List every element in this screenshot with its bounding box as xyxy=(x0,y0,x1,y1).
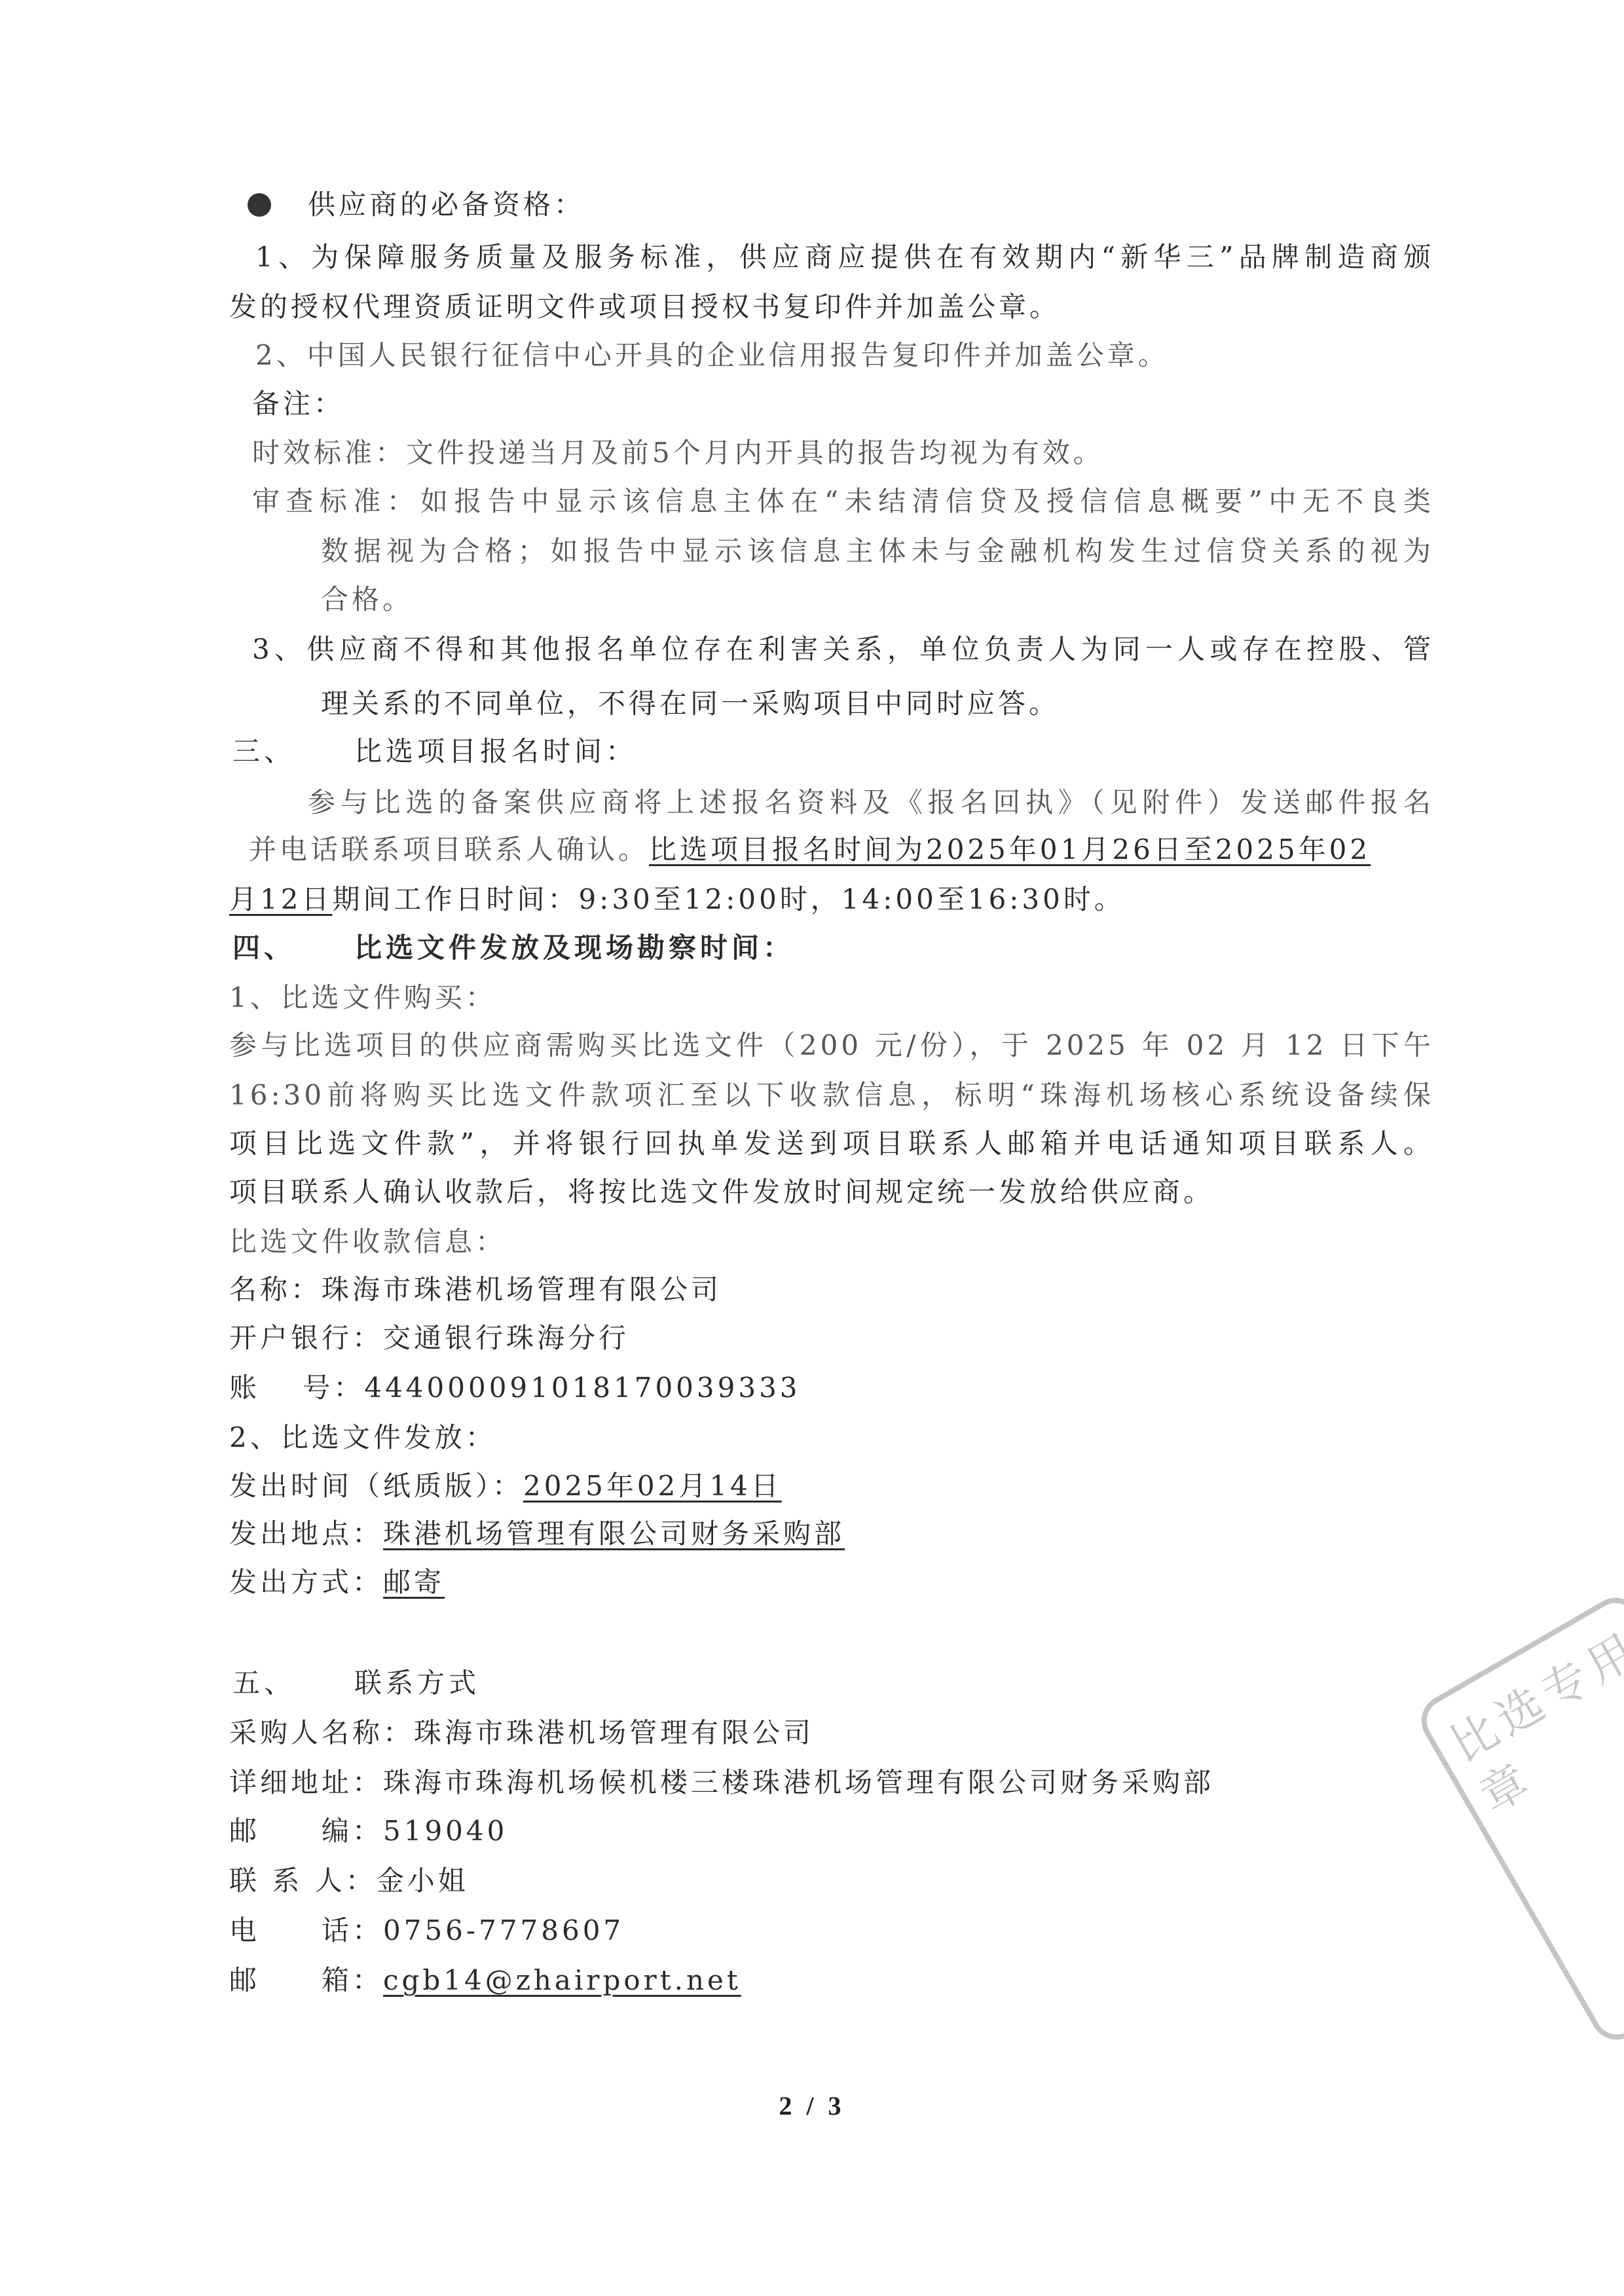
email-row: 邮 箱：cgb14@zhairport.net xyxy=(229,1963,741,1997)
phone-label: 电 话： xyxy=(229,1914,383,1946)
section3-title: 比选项目报名时间： xyxy=(354,735,637,767)
qualification-item3-line2: 理关系的不同单位，不得在同一采购项目中同时应答。 xyxy=(321,687,1060,721)
payee-name-label: 名称： xyxy=(229,1273,322,1305)
qualification-item2: 2、中国人民银行征信中心开具的企业信用报告复印件并加盖公章。 xyxy=(255,338,1169,373)
issue-time-label: 发出时间（纸质版）： xyxy=(229,1470,523,1502)
note-review-line2: 数据视为合格；如报告中显示该信息主体未与金融机构发生过信贷关系的视为 xyxy=(321,534,1434,568)
section5-title: 联系方式 xyxy=(354,1667,480,1699)
buyer-row: 采购人名称：珠海市珠港机场管理有限公司 xyxy=(229,1716,814,1750)
issue-method: 邮寄 xyxy=(383,1566,445,1598)
contact-person: 金小姐 xyxy=(377,1865,469,1897)
payee-name-row: 名称：珠海市珠港机场管理有限公司 xyxy=(229,1273,722,1307)
sub2-title: 2、比选文件发放： xyxy=(229,1421,496,1455)
issue-time-row: 发出时间（纸质版）：2025年02月14日 xyxy=(229,1469,782,1503)
sub1-line1: 参与比选项目的供应商需购买比选文件（200 元/份），于 2025 年 02 月… xyxy=(229,1029,1434,1063)
section3-para-line3: 月12日期间工作日时间：9:30至12:00时，14:00至16:30时。 xyxy=(229,883,1125,917)
postcode: 519040 xyxy=(383,1815,507,1847)
qualification-item3-line1: 3、供应商不得和其他报名单位存在利害关系，单位负责人为同一人或存在控股、管 xyxy=(252,632,1434,666)
section4-number: 四、 xyxy=(232,932,295,964)
note-review-line1: 审查标准：如报告中显示该信息主体在“未结清信贷及授信信息概要”中无不良类 xyxy=(252,484,1434,519)
bank-name: 交通银行珠海分行 xyxy=(383,1322,629,1354)
section4-heading: 四、比选文件发放及现场勘察时间： xyxy=(232,931,794,965)
section3-number: 三、 xyxy=(232,735,295,767)
section5-heading: 五、联系方式 xyxy=(232,1666,480,1700)
section3-para-line1: 参与比选的备案供应商将上述报名资料及《报名回执》（见附件）发送邮件报名 xyxy=(308,786,1434,820)
issue-method-label: 发出方式： xyxy=(229,1566,383,1598)
payee-name: 珠海市珠港机场管理有限公司 xyxy=(322,1273,722,1305)
bank-row: 开户银行：交通银行珠海分行 xyxy=(229,1321,629,1355)
email-label: 邮 箱： xyxy=(229,1964,383,1996)
section5-number: 五、 xyxy=(232,1667,295,1699)
sub1-line2: 16:30前将购买比选文件款项汇至以下收款信息，标明“珠海机场核心系统设备续保 xyxy=(229,1078,1434,1112)
note-review-line3: 合格。 xyxy=(321,583,413,617)
payment-info-label: 比选文件收款信息： xyxy=(229,1225,506,1259)
qualification-item1-line2: 发的授权代理资质证明文件或项目授权书复印件并加盖公章。 xyxy=(229,290,1060,324)
qualification-item1-line1: 1、为保障服务质量及服务标准，供应商应提供在有效期内“新华三”品牌制造商颁 xyxy=(255,240,1434,274)
address-row: 详细地址：珠海市珠海机场候机楼三楼珠港机场管理有限公司财务采购部 xyxy=(229,1766,1214,1800)
stamp-text: 比选专用章 xyxy=(1441,1621,1624,1823)
section4-title: 比选文件发放及现场勘察时间： xyxy=(354,932,794,964)
seal-stamp: 比选专用章 xyxy=(1412,1588,1624,2049)
issue-place-row: 发出地点：珠港机场管理有限公司财务采购部 xyxy=(229,1517,845,1551)
account-number: 444000091018170039333 xyxy=(364,1372,800,1404)
issue-method-row: 发出方式：邮寄 xyxy=(229,1565,445,1599)
address-label: 详细地址： xyxy=(229,1766,383,1798)
contact-label: 联 系 人： xyxy=(229,1865,377,1897)
address: 珠海市珠海机场候机楼三楼珠港机场管理有限公司财务采购部 xyxy=(383,1766,1214,1798)
bank-label: 开户银行： xyxy=(229,1322,383,1354)
account-label: 账 号： xyxy=(229,1372,364,1404)
page-number: 2 / 3 xyxy=(0,2090,1624,2121)
issue-place-label: 发出地点： xyxy=(229,1518,383,1550)
qualification-heading: 供应商的必备资格： xyxy=(308,188,585,222)
bullet-icon xyxy=(248,193,271,217)
note-label: 备注： xyxy=(252,387,344,421)
email-link[interactable]: cgb14@zhairport.net xyxy=(383,1964,741,1996)
note-time-standard: 时效标准：文件投递当月及前5个月内开具的报告均视为有效。 xyxy=(252,436,1104,470)
issue-time: 2025年02月14日 xyxy=(523,1470,782,1502)
buyer-name: 珠海市珠港机场管理有限公司 xyxy=(414,1717,814,1749)
section3-heading: 三、比选项目报名时间： xyxy=(232,735,637,769)
section3-para-line2-plain: 并电话联系项目联系人确认。 xyxy=(249,833,649,866)
account-row: 账 号：444000091018170039333 xyxy=(229,1371,801,1405)
registration-period: 比选项目报名时间为2025年01月26日至2025年02 xyxy=(649,833,1371,866)
postcode-label: 邮 编： xyxy=(229,1815,383,1847)
sub1-line3: 项目比选文件款”，并将银行回执单发送到项目联系人邮箱并电话通知项目联系人。 xyxy=(229,1127,1434,1161)
sub1-line4: 项目联系人确认收款后，将按比选文件发放时间规定统一发放给供应商。 xyxy=(229,1175,1214,1209)
section3-para-line2: 并电话联系项目联系人确认。比选项目报名时间为2025年01月26日至2025年0… xyxy=(249,833,1371,867)
phone-row: 电 话：0756-7778607 xyxy=(229,1914,624,1948)
phone-number: 0756-7778607 xyxy=(383,1914,624,1946)
issue-place: 珠港机场管理有限公司财务采购部 xyxy=(383,1518,845,1550)
registration-period-end: 月12日 xyxy=(229,883,332,915)
buyer-label: 采购人名称： xyxy=(229,1717,414,1749)
contact-row: 联 系 人：金小姐 xyxy=(229,1864,469,1898)
sub1-title: 1、比选文件购买： xyxy=(229,981,496,1015)
postcode-row: 邮 编：519040 xyxy=(229,1814,507,1848)
working-hours: 期间工作日时间：9:30至12:00时，14:00至16:30时。 xyxy=(332,883,1124,915)
